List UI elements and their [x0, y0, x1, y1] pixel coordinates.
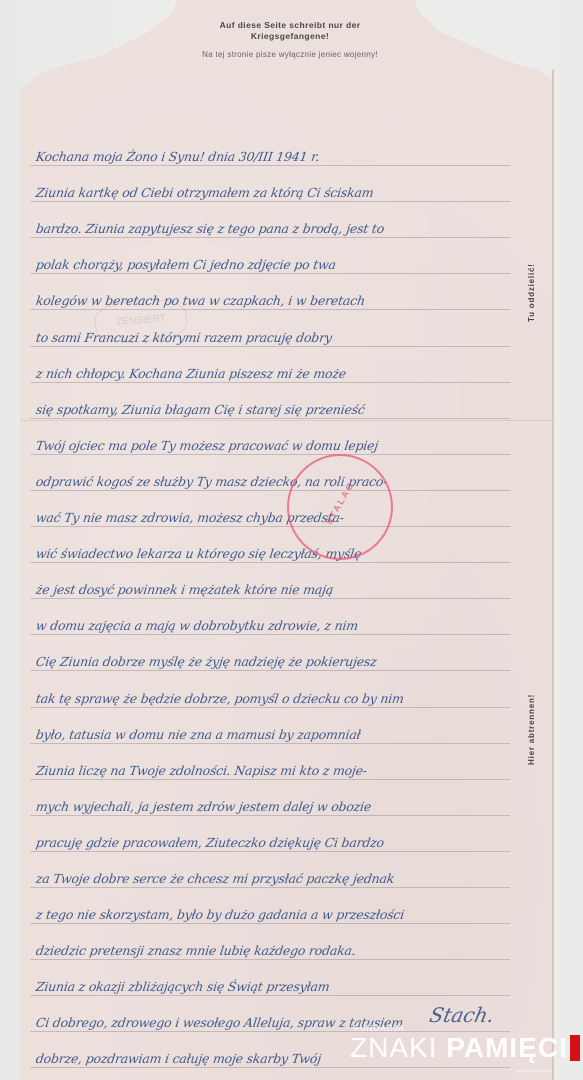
letter-line: pracuję gdzie pracowałem, Ziuteczko dzię…	[30, 816, 510, 852]
letter-line: z nich chłopcy. Kochana Ziunia piszesz m…	[30, 347, 510, 383]
letter-line: odprawić kogoś ze służby Ty masz dziecko…	[30, 455, 510, 491]
letter-line: Twój ojciec ma pole Ty możesz pracować w…	[30, 419, 510, 455]
letter-line: tak tę sprawę że będzie dobrze, pomyśl o…	[30, 671, 510, 707]
tear-here-label-bottom: Hier abtrennen!	[527, 694, 536, 765]
watermark-red-bar-icon	[570, 1035, 580, 1061]
header-german-line-2: Kriegsgefangene!	[150, 31, 430, 42]
letter-line: z tego nie skorzystam, było by dużo gada…	[30, 888, 510, 924]
header-polish-line: Na tej stronie pisze wyłącznie jeniec wo…	[150, 50, 430, 59]
letter-line: Ziunia liczę na Twoje zdolności. Napisz …	[30, 744, 510, 780]
letter-line: wać Ty nie masz zdrowia, możesz chyba pr…	[30, 491, 510, 527]
letter-line: polak chorąży, posyłałem Ci jedno zdjęci…	[30, 238, 510, 274]
letter-line: Ziunia kartkę od Ciebi otrzymałem za któ…	[30, 166, 510, 202]
watermark-thin-word: ZNAKI	[350, 1032, 437, 1063]
letter-line: bardzo. Ziunia zapytujesz się z tego pan…	[30, 202, 510, 238]
letter-line: Cię Ziunia dobrze myślę że żyję nadzieję…	[30, 635, 510, 671]
stamp-text: STALAG	[313, 462, 367, 545]
letter-line: dziedzic pretensji znasz mnie lubię każd…	[30, 924, 510, 960]
watermark-bold-word: PAMIĘCI	[446, 1032, 568, 1063]
tear-here-label-top: Tu oddzielić!	[527, 263, 536, 322]
letter-line: za Twoje dobre serce że chcesz mi przysł…	[30, 852, 510, 888]
handwritten-letter-body: Kochana moja Żono i Synu! dnia 30/III 19…	[30, 130, 510, 1068]
watermark-logo-text: ZNAKI PAMIĘCI	[350, 1032, 568, 1064]
letter-line: kolegów w beretach po twa w czapkach, i …	[30, 274, 510, 310]
printed-header: Auf diese Seite schreibt nur der Kriegsg…	[150, 20, 430, 59]
card-edge	[552, 70, 554, 1080]
letter-line: Kochana moja Żono i Synu! dnia 30/III 19…	[30, 130, 510, 166]
letter-line: wić świadectwo lekarza u którego się lec…	[30, 527, 510, 563]
header-german-line-1: Auf diese Seite schreibt nur der	[150, 20, 430, 31]
foundation-watermark: FUNDACJA ZNAKI PAMIĘCI www.znakipamieci.…	[350, 1018, 583, 1080]
letter-line: było, tatusia w domu nie zna a mamusi by…	[30, 708, 510, 744]
letter-line: się spotkamy, Ziunia błagam Cię i starej…	[30, 383, 510, 419]
letter-line: Ziunia z okazji zbliżających się Świąt p…	[30, 960, 510, 996]
red-censor-stamp: STALAG	[287, 454, 393, 560]
letter-line: że jest dosyć powinnek i mężatek które n…	[30, 563, 510, 599]
letter-line: to sami Francuzi z którymi razem pracuję…	[30, 310, 510, 346]
watermark-url: www.znakipamieci.pl	[515, 1068, 552, 1073]
letter-line: mych wyjechali, ja jestem zdrów jestem d…	[30, 780, 510, 816]
letter-line: w domu zajęcia a mają w dobrobytku zdrow…	[30, 599, 510, 635]
